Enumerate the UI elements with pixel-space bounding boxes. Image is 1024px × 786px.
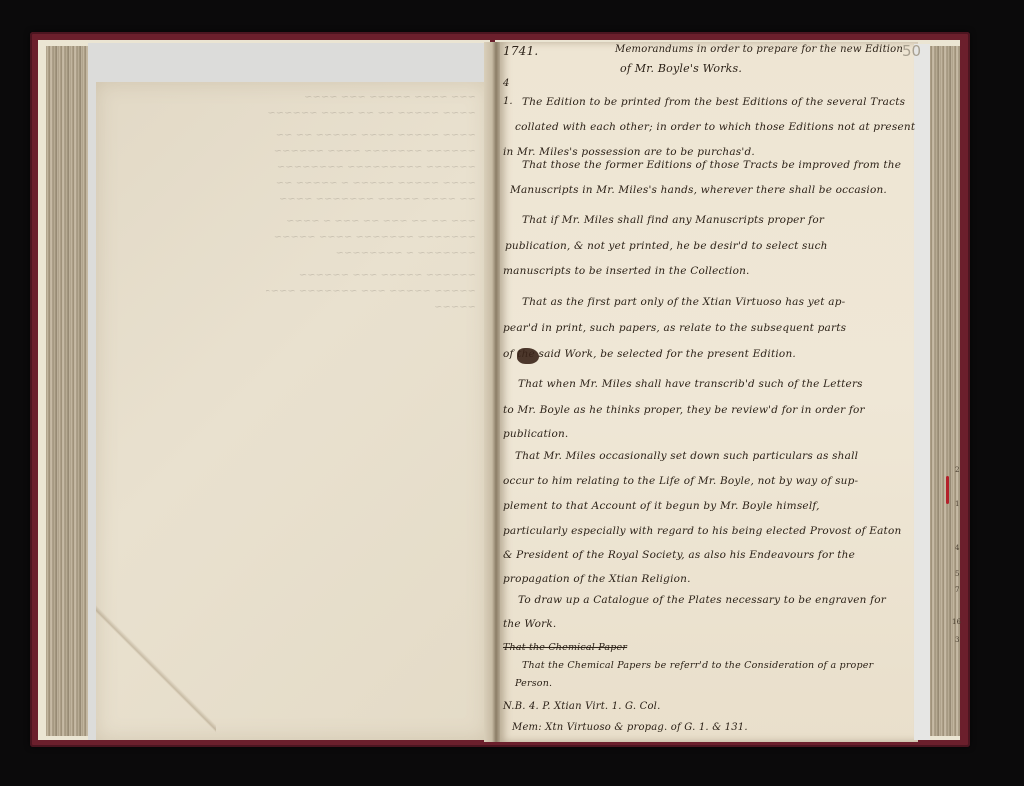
paragraph-8-line: That the Chemical Papers be referr'd to … (522, 660, 873, 671)
right-fore-edge (928, 46, 960, 736)
paragraph-6-line: That Mr. Miles occasionally set down suc… (515, 450, 858, 462)
ink-blot (517, 348, 539, 364)
paragraph-7-line: To draw up a Catalogue of the Plates nec… (518, 594, 886, 606)
paragraph-7-line: the Work. (503, 618, 556, 630)
bleed-through-text: ~~~ ~~~~ ~~~~~ ~~~ ~~~~ ~~~~ ~~~~~ ~~ ~~… (266, 90, 476, 316)
paragraph-3-line: That if Mr. Miles shall find any Manuscr… (522, 214, 824, 226)
footnote-line: N.B. 4. P. Xtian Virt. 1. G. Col. (503, 701, 660, 712)
paragraph-5-line: That when Mr. Miles shall have transcrib… (518, 378, 863, 390)
fore-edge-tab: 4 (955, 544, 959, 552)
heading-line-1: Memorandums in order to prepare for the … (615, 44, 903, 55)
left-fore-edge (46, 46, 88, 736)
page-fold-crease (96, 600, 216, 740)
paragraph-5-line: publication. (503, 428, 568, 440)
paragraph-3-line: manuscripts to be inserted in the Collec… (503, 265, 750, 277)
paragraph-6-line: propagation of the Xtian Religion. (503, 573, 691, 585)
paragraph-3-line: publication, & not yet printed, he be de… (505, 240, 828, 252)
footnote-line: Mem: Xtn Virtuoso & propag. of G. 1. & 1… (512, 722, 748, 733)
margin-mark: 1. (503, 96, 513, 107)
fore-edge-tab: 16 (952, 618, 961, 626)
paragraph-6-line: & President of the Royal Society, as als… (503, 549, 855, 561)
paragraph-2-line: Manuscripts in Mr. Miles's hands, wherev… (510, 184, 887, 196)
paragraph-1-line: in Mr. Miles's possession are to be purc… (503, 146, 755, 158)
fore-edge-tab: 2 (955, 466, 959, 474)
paragraph-8-line: Person. (515, 678, 552, 689)
fore-edge-tab: 7 (955, 586, 959, 594)
paragraph-4-line: pear'd in print, such papers, as relate … (503, 322, 846, 334)
struck-out-line: That the Chemical Paper (503, 642, 627, 653)
fore-edge-tab: 5 (955, 570, 959, 578)
paragraph-6-line: occur to him relating to the Life of Mr.… (503, 475, 858, 487)
fore-edge-tab: 3 (955, 636, 959, 644)
margin-mark: 4 (503, 78, 509, 89)
paragraph-1-line: The Edition to be printed from the best … (522, 96, 905, 108)
left-page: ~~~ ~~~~ ~~~~~ ~~~ ~~~~ ~~~~ ~~~~~ ~~ ~~… (96, 82, 488, 740)
fore-edge-tab: 1 (955, 500, 959, 508)
paragraph-6-line: particularly especially with regard to h… (503, 525, 901, 537)
year-label: 1741. (503, 44, 538, 58)
right-backing-strip (914, 44, 930, 740)
paragraph-4-line: That as the first part only of the Xtian… (522, 296, 845, 308)
paragraph-1-line: collated with each other; in order to wh… (515, 121, 915, 133)
fore-edge-red-mark (946, 476, 949, 504)
paragraph-2-line: That those the former Editions of those … (522, 159, 901, 171)
paragraph-6-line: plement to that Account of it begun by M… (503, 500, 820, 512)
folio-number: 50 (902, 42, 921, 60)
paragraph-5-line: to Mr. Boyle as he thinks proper, they b… (503, 404, 865, 416)
heading-line-2: of Mr. Boyle's Works. (620, 62, 742, 75)
paragraph-4-line: of the said Work, be selected for the pr… (503, 348, 796, 360)
